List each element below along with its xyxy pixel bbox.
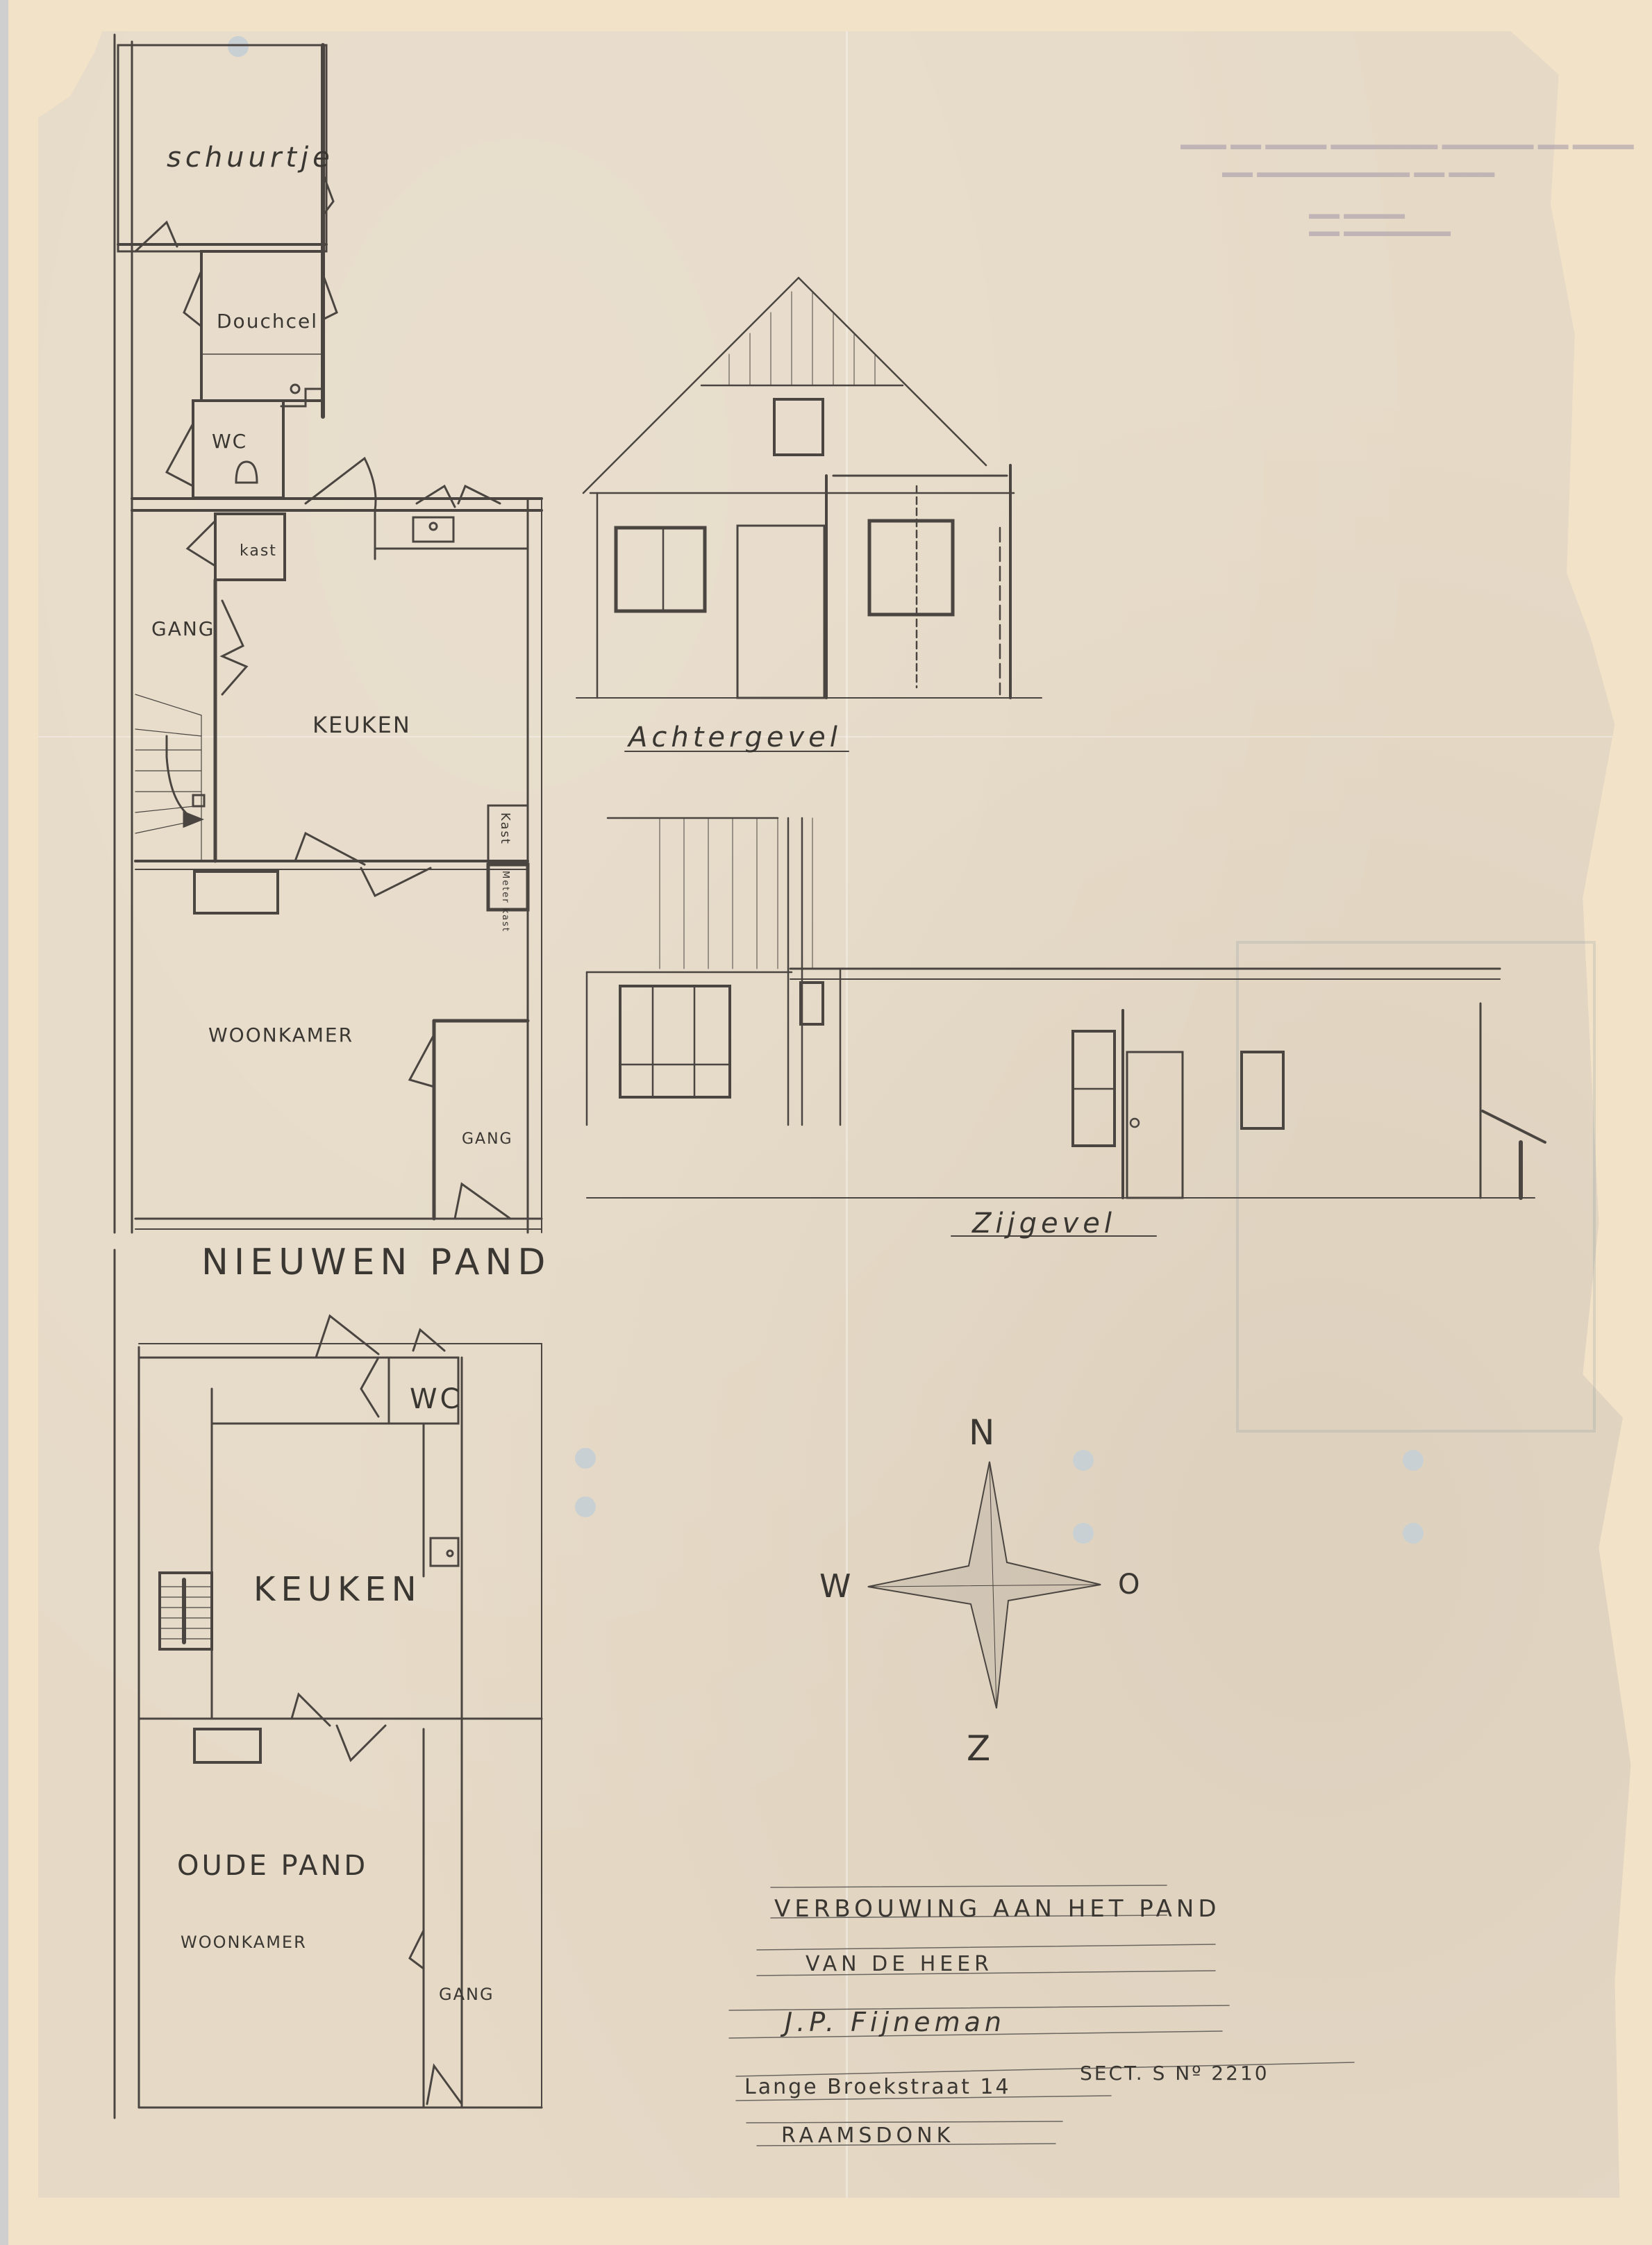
compass-north: N: [969, 1412, 997, 1453]
label-gang-new-1: GANG: [151, 617, 215, 640]
compass-east: O: [1118, 1569, 1142, 1601]
title-nieuwen-pand: NIEUWEN PAND: [201, 1242, 551, 1283]
architectural-drawing: schuurtje Douchcel WC kast GANG KEUKEN K…: [0, 0, 1652, 2245]
room-labels: schuurtje Douchcel WC kast GANG KEUKEN K…: [151, 142, 551, 2004]
address: Lange Broekstraat 14: [744, 2075, 1011, 2099]
title-line-1: VERBOUWING AAN HET PAND: [774, 1895, 1221, 1923]
owner-name: J.P. Fijneman: [780, 2007, 1006, 2037]
compass-south: Z: [967, 1728, 993, 1769]
label-zijgevel: Zijgevel: [971, 1208, 1116, 1240]
label-schuurtje: schuurtje: [167, 142, 334, 174]
label-gang-new-2: GANG: [462, 1130, 513, 1148]
compass-rose: [868, 1462, 1101, 1708]
label-keuken-old: KEUKEN: [253, 1570, 422, 1609]
label-kast: kast: [240, 542, 277, 560]
label-keuken-new: KEUKEN: [312, 712, 411, 738]
compass-west: W: [819, 1567, 853, 1605]
title-block: VERBOUWING AAN HET PAND VAN DE HEER J.P.…: [744, 1895, 1269, 2148]
label-kast-2: Kast: [498, 812, 512, 845]
label-wc-new: WC: [212, 430, 247, 453]
town-name: RAAMSDONK: [781, 2123, 954, 2148]
title-line-2: VAN DE HEER: [806, 1952, 993, 1976]
label-achtergevel: Achtergevel: [626, 721, 842, 753]
cadastral-reference: SECT. S Nº 2210: [1080, 2062, 1269, 2085]
rear-elevation: [576, 278, 1042, 751]
label-douchcel: Douchcel: [217, 310, 318, 333]
label-gang-old: GANG: [439, 1985, 494, 2004]
title-oude-pand: OUDE PAND: [177, 1850, 368, 1882]
label-wc-old: WC: [410, 1383, 462, 1415]
elevation-labels: Achtergevel Zijgevel: [626, 721, 1116, 1240]
label-woonkamer-new: WOONKAMER: [208, 1024, 353, 1046]
label-meterkast: Meter kast: [500, 871, 510, 933]
label-woonkamer-old: WOONKAMER: [181, 1933, 307, 1952]
side-elevation: [587, 818, 1545, 1236]
